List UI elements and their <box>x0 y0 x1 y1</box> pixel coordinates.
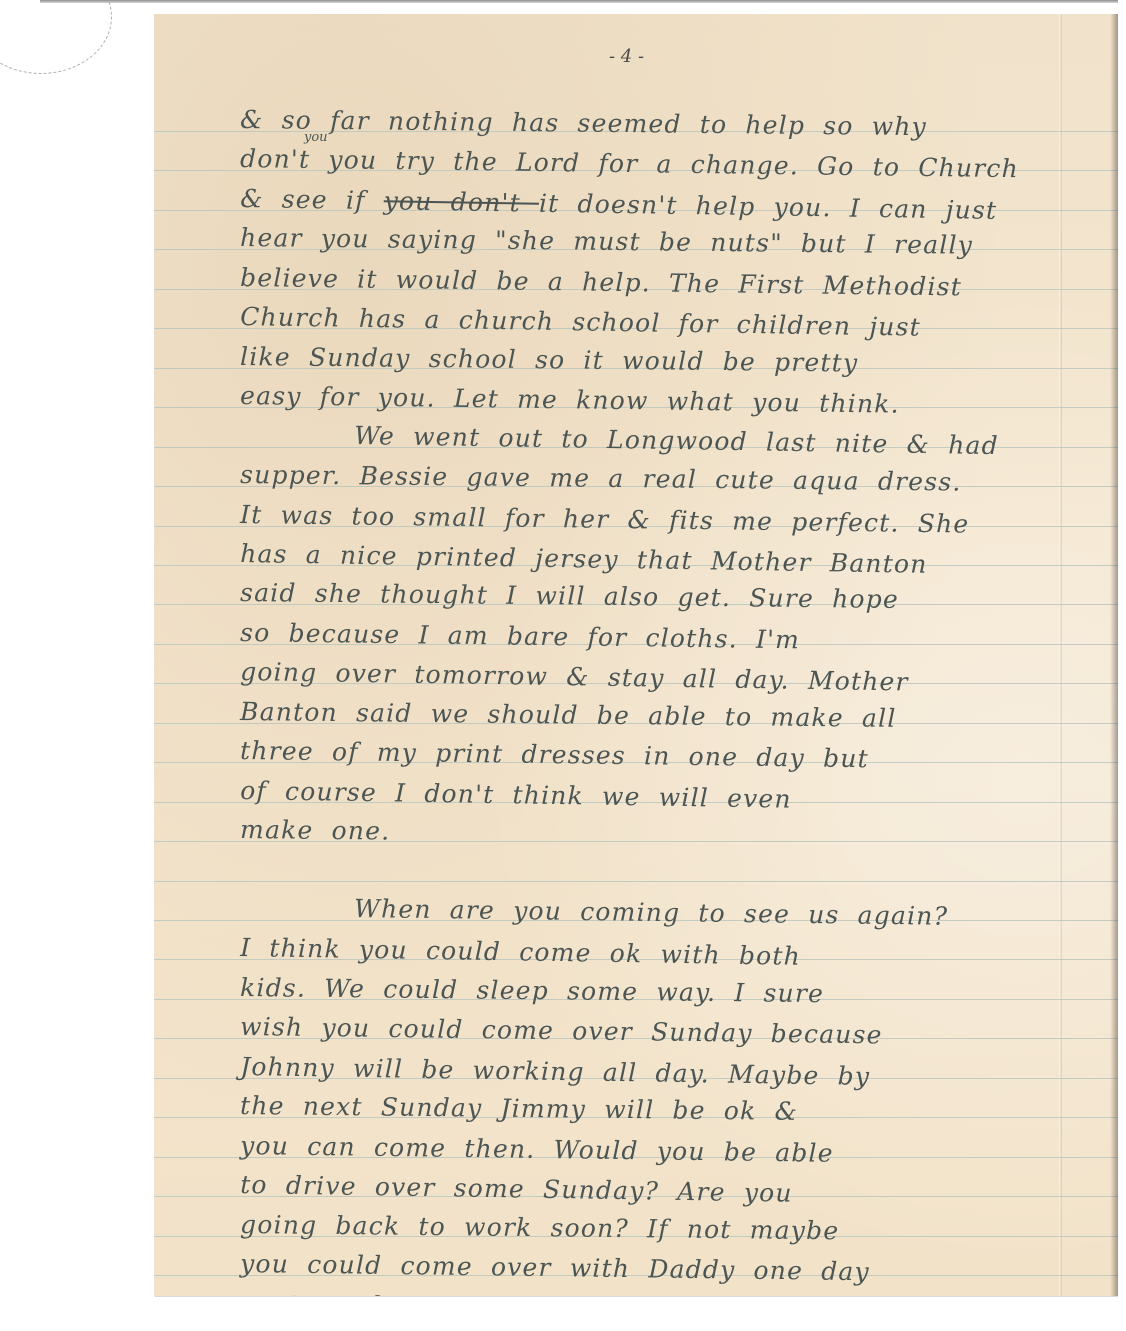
handwritten-line: has a nice printed jersey that Mother Ba… <box>240 541 1090 579</box>
ruled-paper-sheet: - 4 - & so far nothing has seemed to hel… <box>154 14 1120 1296</box>
handwritten-line: We went out to Longwood last nite & had <box>354 423 1120 461</box>
handwritten-line: like Sunday school so it would be pretty <box>240 344 1090 378</box>
handwritten-line: wish you could come over Sunday because <box>240 1014 1090 1050</box>
ruled-line <box>154 881 1120 882</box>
handwritten-line: Banton said we should be able to make al… <box>240 699 1090 733</box>
struck-out-text: you don't <box>384 186 540 217</box>
handwritten-line: you could come over with Daddy one day <box>240 1251 1090 1287</box>
handwritten-line: make one. <box>240 817 1090 851</box>
scanned-letter-page: - 4 - & so far nothing has seemed to hel… <box>0 0 1126 1331</box>
handwritten-line: believe it would be a help. The First Me… <box>240 265 1090 301</box>
handwritten-line: & so far nothing has seemed to help so w… <box>240 107 1090 141</box>
handwritten-line: so because I am bare for cloths. I'm <box>240 620 1090 656</box>
handwritten-line: hear you saying "she must be nuts" but I… <box>240 225 1090 259</box>
handwritten-line: & see if you don't it doesn't help you. … <box>240 186 1090 224</box>
scanner-top-shadow <box>40 0 1126 3</box>
handwritten-line: easy for you. Let me know what you think… <box>240 383 1090 419</box>
handwritten-line: the next Sunday Jimmy will be ok & <box>240 1093 1090 1127</box>
handwritten-line: going back to work soon? If not maybe <box>240 1212 1090 1246</box>
scanner-circle-mark <box>0 0 112 74</box>
handwritten-line: don't you try the Lord for a change. Go … <box>240 146 1090 182</box>
page-number: - 4 - <box>609 46 644 67</box>
handwritten-line: I think you could come ok with both <box>240 935 1090 973</box>
handwritten-line: three of my print dresses in one day but <box>240 738 1090 774</box>
handwritten-line: Johnny will be working all day. Maybe by <box>240 1054 1090 1092</box>
handwritten-line: said she thought I will also get. Sure h… <box>240 580 1090 614</box>
handwritten-line: Church has a church school for children … <box>240 304 1090 342</box>
handwritten-line: going over tomorrow & stay all day. Moth… <box>240 659 1090 697</box>
handwritten-line: next week. You know you are always welco… <box>240 1291 1090 1296</box>
handwritten-line: It was too small for her & fits me perfe… <box>240 502 1090 538</box>
handwritten-line: to drive over some Sunday? Are you <box>240 1172 1090 1210</box>
handwritten-line: When are you coming to see us again? <box>354 896 1120 932</box>
handwritten-line: you can come then. Would you be able <box>240 1133 1090 1169</box>
handwritten-line: supper. Bessie gave me a real cute aqua … <box>240 462 1090 496</box>
handwritten-line: of course I don't think we will even <box>240 778 1090 816</box>
handwritten-line: kids. We could sleep some way. I sure <box>240 975 1090 1009</box>
scan-right-margin <box>1118 0 1126 1331</box>
inserted-word-you: you <box>304 130 328 145</box>
